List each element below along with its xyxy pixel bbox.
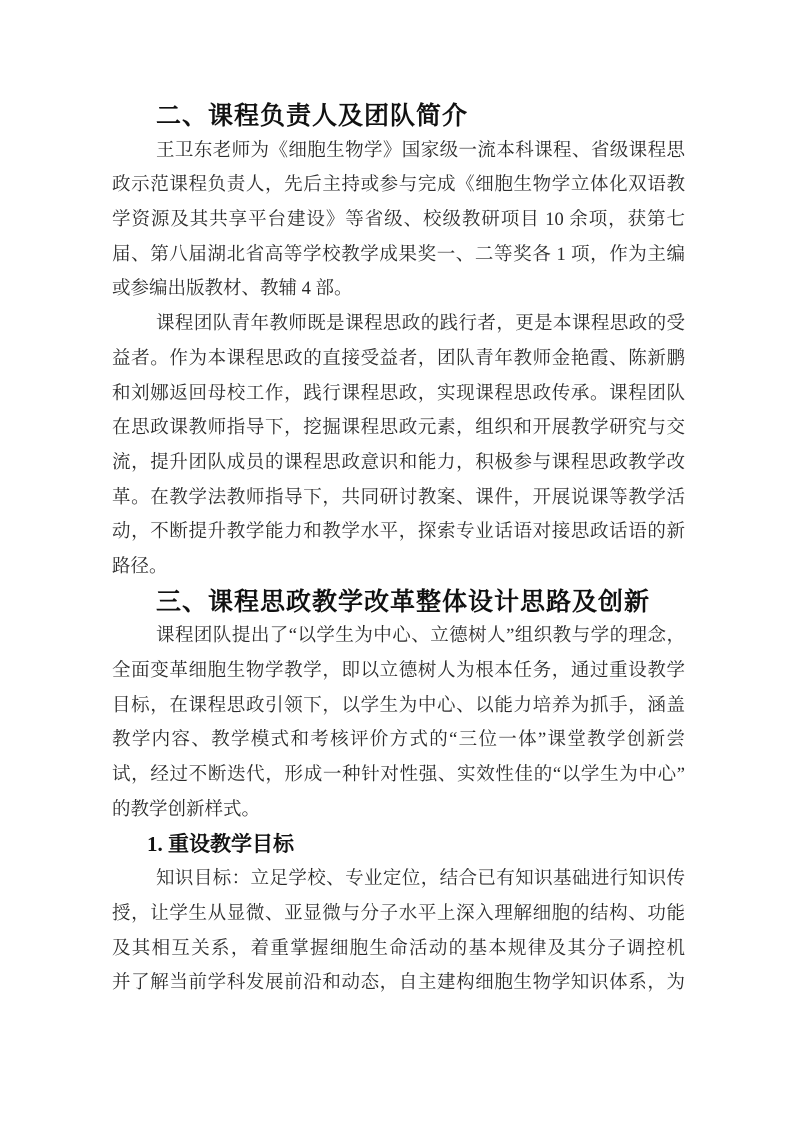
text-line: 学资源及其共享平台建设》等省级、校级教研项目 10 余项，获第七 [112,203,685,238]
section-heading-team-intro: 二、课程负责人及团队简介 [112,99,685,134]
paragraph-leader-intro: 王卫东老师为《细胞生物学》国家级一流本科课程、省级课程思 政示范课程负责人，先后… [112,134,685,307]
text-line: 流，提升团队成员的课程思政意识和能力，积极参与课程思政教学改 [112,446,685,481]
text-line: 王卫东老师为《细胞生物学》国家级一流本科课程、省级课程思 [112,134,685,169]
text-line: 革。在教学法教师指导下，共同研讨教案、课件，开展说课等教学活 [112,481,685,516]
text-line: 试，经过不断迭代，形成一种针对性强、实效性佳的“以学生为中心” [112,758,685,793]
text-line: 及其相互关系，着重掌握细胞生命活动的基本规律及其分子调控机制， [112,932,685,967]
text-line: 课程团队提出了“以学生为中心、立德树人”组织教与学的理念， [112,619,685,654]
text-line: 益者。作为本课程思政的直接受益者，团队青年教师金艳霞、陈新鹏 [112,342,685,377]
text-line: 在思政课教师指导下，挖掘课程思政元素，组织和开展教学研究与交 [112,411,685,446]
paragraph-young-teachers: 课程团队青年教师既是课程思政的践行者，更是本课程思政的受 益者。作为本课程思政的… [112,307,685,585]
section-heading-reform-design: 三、课程思政教学改革整体设计思路及创新 [112,585,685,620]
text-line: 教学内容、教学模式和考核评价方式的“三位一体”课堂教学创新尝 [112,723,685,758]
text-line: 课程团队青年教师既是课程思政的践行者，更是本课程思政的受 [112,307,685,342]
text-line: 和刘娜返回母校工作，践行课程思政，实现课程思政传承。课程团队 [112,377,685,412]
text-line: 的教学创新样式。 [112,793,685,828]
text-line: 知识目标：立足学校、专业定位，结合已有知识基础进行知识传 [112,862,685,897]
text-line: 政示范课程负责人，先后主持或参与完成《细胞生物学立体化双语教 [112,168,685,203]
text-line: 届、第八届湖北省高等学校教学成果奖一、二等奖各 1 项，作为主编 [112,238,685,273]
paragraph-reform-concept: 课程团队提出了“以学生为中心、立德树人”组织教与学的理念， 全面变革细胞生物学教… [112,619,685,827]
text-line: 或参编出版教材、教辅 4 部。 [112,272,685,307]
document-content: 二、课程负责人及团队简介 王卫东老师为《细胞生物学》国家级一流本科课程、省级课程… [112,99,685,1001]
subsection-heading-reset-goals: 1. 重设教学目标 [112,827,685,862]
text-line: 授，让学生从显微、亚显微与分子水平上深入理解细胞的结构、功能 [112,897,685,932]
paragraph-knowledge-goals: 知识目标：立足学校、专业定位，结合已有知识基础进行知识传 授，让学生从显微、亚显… [112,862,685,1001]
text-line: 全面变革细胞生物学教学，即以立德树人为根本任务，通过重设教学 [112,654,685,689]
text-line: 目标，在课程思政引领下，以学生为中心、以能力培养为抓手，涵盖 [112,689,685,724]
document-page: 二、课程负责人及团队简介 王卫东老师为《细胞生物学》国家级一流本科课程、省级课程… [0,0,794,1123]
text-line: 动，不断提升教学能力和教学水平，探索专业话语对接思政话语的新 [112,515,685,550]
text-line: 路径。 [112,550,685,585]
text-line: 并了解当前学科发展前沿和动态，自主建构细胞生物学知识体系，为 [112,966,685,1001]
